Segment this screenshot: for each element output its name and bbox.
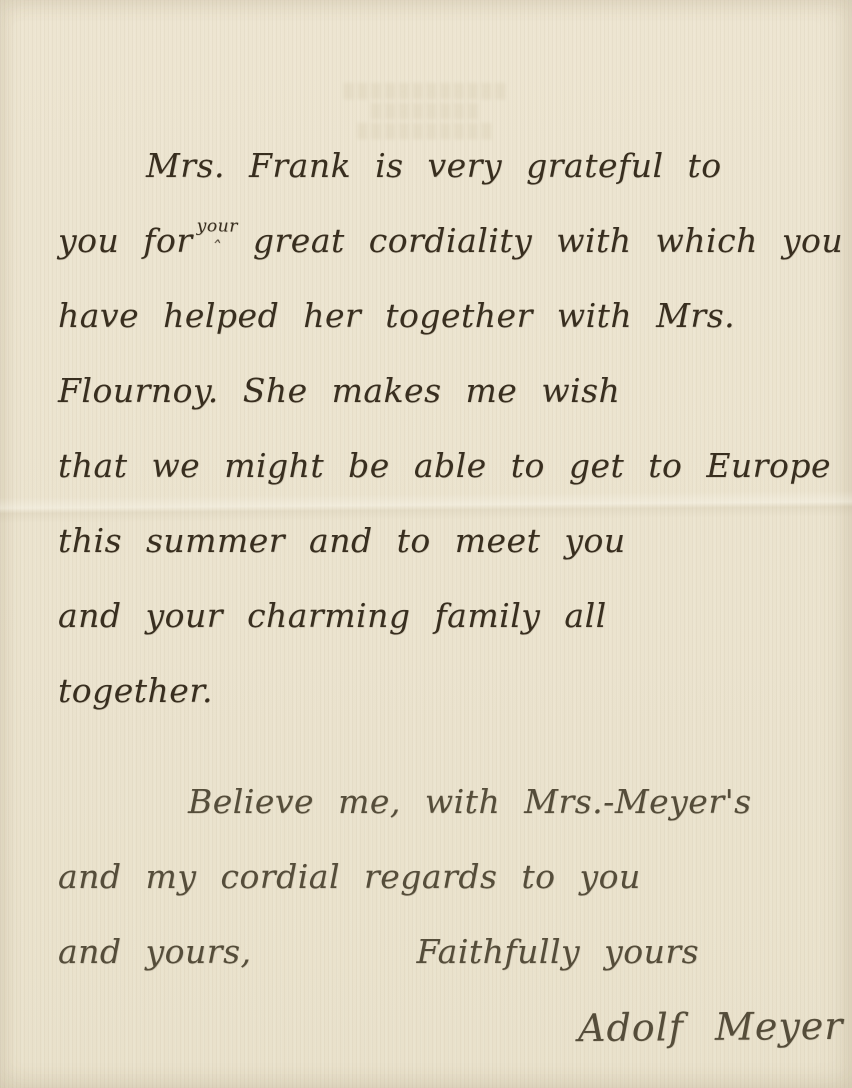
text-segment: Believe me, with Mrs.-Meyer's xyxy=(188,782,752,821)
letter-paragraph: Believe me, with Mrs.-Meyer'sand my cord… xyxy=(58,764,834,1064)
text-segment: that we might be able to get to Europe xyxy=(58,446,831,485)
letter-body: Mrs. Frank is very grateful toyou foryou… xyxy=(58,128,834,1064)
inserted-word: your xyxy=(197,216,238,236)
text-segment: Adolf Meyer xyxy=(578,1003,844,1049)
text-segment: have helped her together with Mrs. xyxy=(58,296,735,335)
handwritten-line: Believe me, with Mrs.-Meyer's xyxy=(188,764,834,839)
ghost-letterhead-line: ▒▒▒▒▒▒▒▒ xyxy=(0,102,852,122)
handwritten-line: together. xyxy=(58,653,834,728)
text-segment: Faithfully yours xyxy=(417,932,700,971)
text-segment: and your charming family all xyxy=(58,596,607,635)
handwritten-line: this summer and to meet you xyxy=(58,503,834,578)
text-segment: and yours, xyxy=(58,932,252,971)
letter-page: ▒▒▒▒▒▒▒▒▒▒▒▒ ▒▒▒▒▒▒▒▒ ▒▒▒▒▒▒▒▒▒▒ Mrs. Fr… xyxy=(0,0,852,1088)
text-segment: Flournoy. She makes me wish xyxy=(58,371,620,410)
text-segment: this summer and to meet you xyxy=(58,521,626,560)
text-segment: you for xyxy=(58,221,193,260)
text-segment: great cordiality with which you xyxy=(253,221,843,260)
handwritten-line: and your charming family all xyxy=(58,578,834,653)
handwritten-line: Mrs. Frank is very grateful to xyxy=(146,128,834,203)
handwritten-line: Flournoy. She makes me wish xyxy=(58,353,834,428)
handwritten-line: you foryourgreat cordiality with which y… xyxy=(58,203,834,278)
handwritten-line: that we might be able to get to Europe xyxy=(58,428,834,503)
text-segment: together. xyxy=(58,671,213,710)
signature-line: Adolf Meyer xyxy=(578,988,835,1065)
handwritten-line: and my cordial regards to you xyxy=(58,839,834,914)
text-segment: Mrs. Frank is very grateful to xyxy=(146,146,722,185)
text-segment: and my cordial regards to you xyxy=(58,857,641,896)
ghost-letterhead-line: ▒▒▒▒▒▒▒▒▒▒▒▒ xyxy=(0,82,852,102)
handwritten-line: and yours,Faithfully yours xyxy=(58,914,834,989)
handwritten-line: have helped her together with Mrs. xyxy=(58,278,834,353)
letter-paragraph: Mrs. Frank is very grateful toyou foryou… xyxy=(58,128,834,728)
